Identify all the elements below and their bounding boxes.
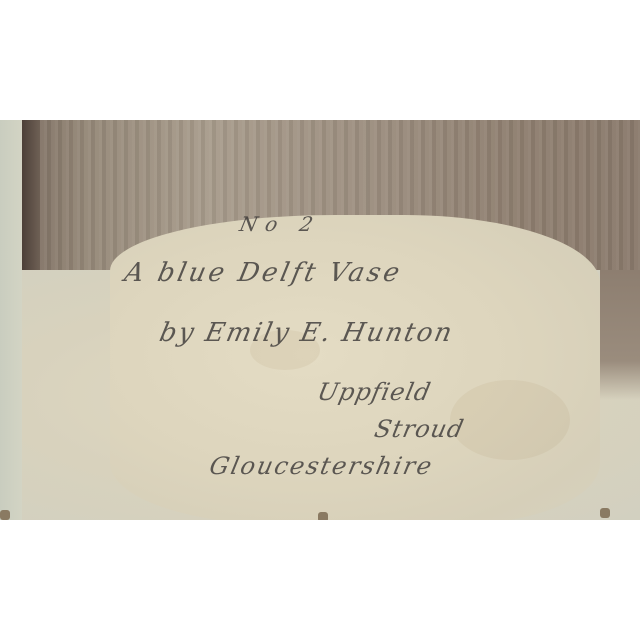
label-number: No 2 [237,212,323,236]
label-artist: by Emily E. Hunton [157,318,457,348]
label-address-2: Stroud [372,415,467,443]
label-title: A blue Delft Vase [122,258,405,288]
wood-shadow-edge [22,120,40,270]
debris-fleck [318,512,328,520]
label-address-1: Uppfield [315,378,434,406]
water-stain [450,380,570,460]
board-edge [0,120,22,520]
debris-fleck [600,508,610,518]
debris-fleck [0,510,10,520]
label-address-3: Gloucestershire [207,452,436,480]
photo: No 2 A blue Delft Vase by Emily E. Hunto… [0,120,640,520]
wood-right-strip [600,270,640,400]
